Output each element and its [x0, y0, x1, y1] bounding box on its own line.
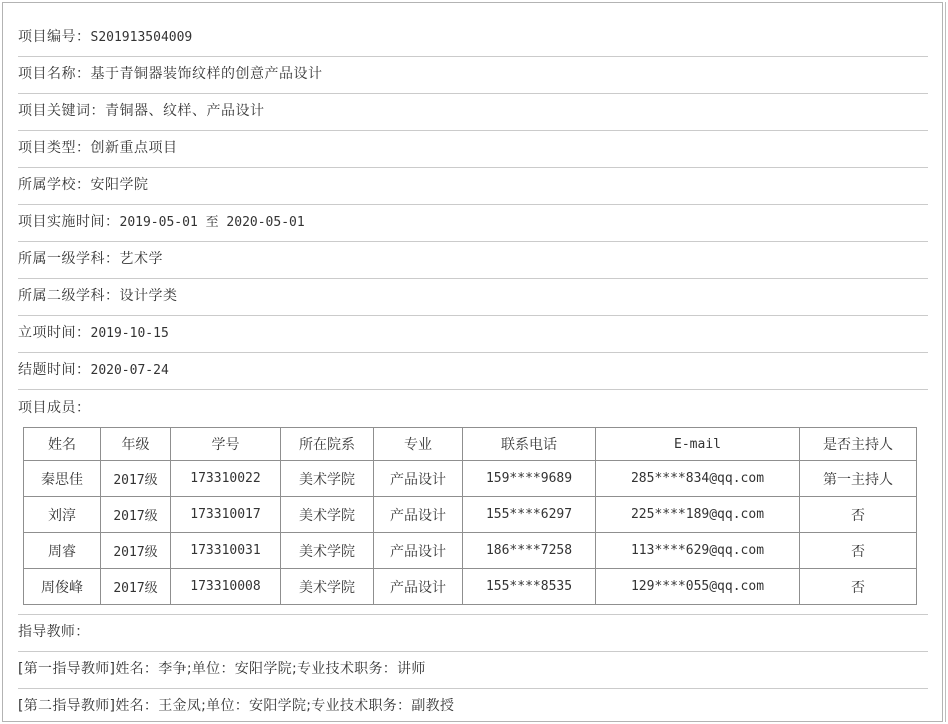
info-row-project-name: 项目名称：基于青铜器装饰纹样的创意产品设计	[18, 57, 928, 94]
field-value: 2020-07-24	[91, 363, 169, 378]
field-value: 安阳学院	[91, 177, 149, 193]
members-section-label: 项目成员：	[18, 390, 928, 426]
cell-is-leader: 否	[800, 569, 917, 605]
advisor-info: [第一指导教师]姓名：李争;单位：安阳学院;专业技术职务：讲师	[18, 661, 426, 677]
table-header-row: 姓名 年级 学号 所在院系 专业 联系电话 E-mail 是否主持人	[24, 428, 917, 461]
cell-is-leader: 否	[800, 497, 917, 533]
advisors-section-label: 指导教师：	[18, 615, 928, 652]
cell-email: 285****834@qq.com	[596, 461, 800, 497]
info-row-project-type: 项目类型：创新重点项目	[18, 131, 928, 168]
advisor-info: [第二指导教师]姓名：王金凤;单位：安阳学院;专业技术职务：副教授	[18, 698, 454, 714]
info-row-approval-date: 立项时间：2019-10-15	[18, 316, 928, 353]
column-header-is-leader: 是否主持人	[800, 428, 917, 461]
info-row-primary-discipline: 所属一级学科：艺术学	[18, 242, 928, 279]
field-value: 艺术学	[120, 251, 164, 267]
page-content: 项目编号：S201913504009 项目名称：基于青铜器装饰纹样的创意产品设计…	[3, 3, 942, 724]
cell-phone: 155****8535	[463, 569, 596, 605]
column-header-student-id: 学号	[171, 428, 281, 461]
cell-name: 刘淳	[24, 497, 101, 533]
info-row-secondary-discipline: 所属二级学科：设计学类	[18, 279, 928, 316]
cell-department: 美术学院	[281, 533, 374, 569]
column-header-name: 姓名	[24, 428, 101, 461]
field-label: 所属一级学科：	[18, 251, 120, 267]
cell-phone: 186****7258	[463, 533, 596, 569]
cell-is-leader: 第一主持人	[800, 461, 917, 497]
field-label: 所属学校：	[18, 177, 91, 193]
field-value: 2019-05-01 至 2020-05-01	[120, 215, 305, 230]
cell-grade: 2017级	[101, 497, 171, 533]
cell-is-leader: 否	[800, 533, 917, 569]
info-row-implementation-period: 项目实施时间：2019-05-01 至 2020-05-01	[18, 205, 928, 242]
field-value: S201913504009	[91, 30, 193, 45]
field-label: 指导教师：	[18, 624, 90, 640]
field-label: 立项时间：	[18, 325, 91, 341]
cell-name: 周睿	[24, 533, 101, 569]
cell-phone: 155****6297	[463, 497, 596, 533]
cell-department: 美术学院	[281, 497, 374, 533]
column-header-phone: 联系电话	[463, 428, 596, 461]
cell-email: 129****055@qq.com	[596, 569, 800, 605]
field-value: 创新重点项目	[91, 140, 178, 156]
cell-grade: 2017级	[101, 569, 171, 605]
info-row-completion-date: 结题时间：2020-07-24	[18, 353, 928, 390]
cell-email: 225****189@qq.com	[596, 497, 800, 533]
advisor-line-first: [第一指导教师]姓名：李争;单位：安阳学院;专业技术职务：讲师	[18, 652, 928, 689]
field-label: 项目类型：	[18, 140, 91, 156]
advisor-line-second: [第二指导教师]姓名：王金凤;单位：安阳学院;专业技术职务：副教授	[18, 689, 928, 724]
info-row-project-keywords: 项目关键词：青铜器、纹样、产品设计	[18, 94, 928, 131]
column-header-major: 专业	[374, 428, 463, 461]
cell-student-id: 173310017	[171, 497, 281, 533]
cell-phone: 159****9689	[463, 461, 596, 497]
table-row: 刘淳 2017级 173310017 美术学院 产品设计 155****6297…	[24, 497, 917, 533]
field-label: 结题时间：	[18, 362, 91, 378]
field-label: 项目实施时间：	[18, 214, 120, 230]
table-row: 秦思佳 2017级 173310022 美术学院 产品设计 159****968…	[24, 461, 917, 497]
cell-grade: 2017级	[101, 533, 171, 569]
cell-major: 产品设计	[374, 533, 463, 569]
table-row: 周睿 2017级 173310031 美术学院 产品设计 186****7258…	[24, 533, 917, 569]
column-header-email: E-mail	[596, 428, 800, 461]
column-header-grade: 年级	[101, 428, 171, 461]
table-row: 周俊峰 2017级 173310008 美术学院 产品设计 155****853…	[24, 569, 917, 605]
cell-student-id: 173310031	[171, 533, 281, 569]
members-table: 姓名 年级 学号 所在院系 专业 联系电话 E-mail 是否主持人 秦思佳 2…	[23, 427, 917, 605]
cell-student-id: 173310022	[171, 461, 281, 497]
cell-major: 产品设计	[374, 497, 463, 533]
project-info-page: 项目编号：S201913504009 项目名称：基于青铜器装饰纹样的创意产品设计…	[2, 2, 943, 722]
cell-student-id: 173310008	[171, 569, 281, 605]
field-label: 项目名称：	[18, 66, 91, 82]
cell-major: 产品设计	[374, 461, 463, 497]
cell-name: 秦思佳	[24, 461, 101, 497]
field-label: 所属二级学科：	[18, 288, 120, 304]
field-value: 青铜器、纹样、产品设计	[105, 103, 265, 119]
field-value: 2019-10-15	[91, 326, 169, 341]
cell-grade: 2017级	[101, 461, 171, 497]
cell-department: 美术学院	[281, 461, 374, 497]
cell-department: 美术学院	[281, 569, 374, 605]
field-value: 设计学类	[120, 288, 178, 304]
field-label: 项目成员：	[18, 400, 91, 416]
project-info-list: 项目编号：S201913504009 项目名称：基于青铜器装饰纹样的创意产品设计…	[18, 3, 928, 390]
field-value: 基于青铜器装饰纹样的创意产品设计	[91, 66, 323, 82]
cell-name: 周俊峰	[24, 569, 101, 605]
field-label: 项目编号：	[18, 29, 91, 45]
info-row-school: 所属学校：安阳学院	[18, 168, 928, 205]
cell-email: 113****629@qq.com	[596, 533, 800, 569]
field-label: 项目关键词：	[18, 103, 105, 119]
info-row-project-number: 项目编号：S201913504009	[18, 20, 928, 57]
cell-major: 产品设计	[374, 569, 463, 605]
column-header-department: 所在院系	[281, 428, 374, 461]
